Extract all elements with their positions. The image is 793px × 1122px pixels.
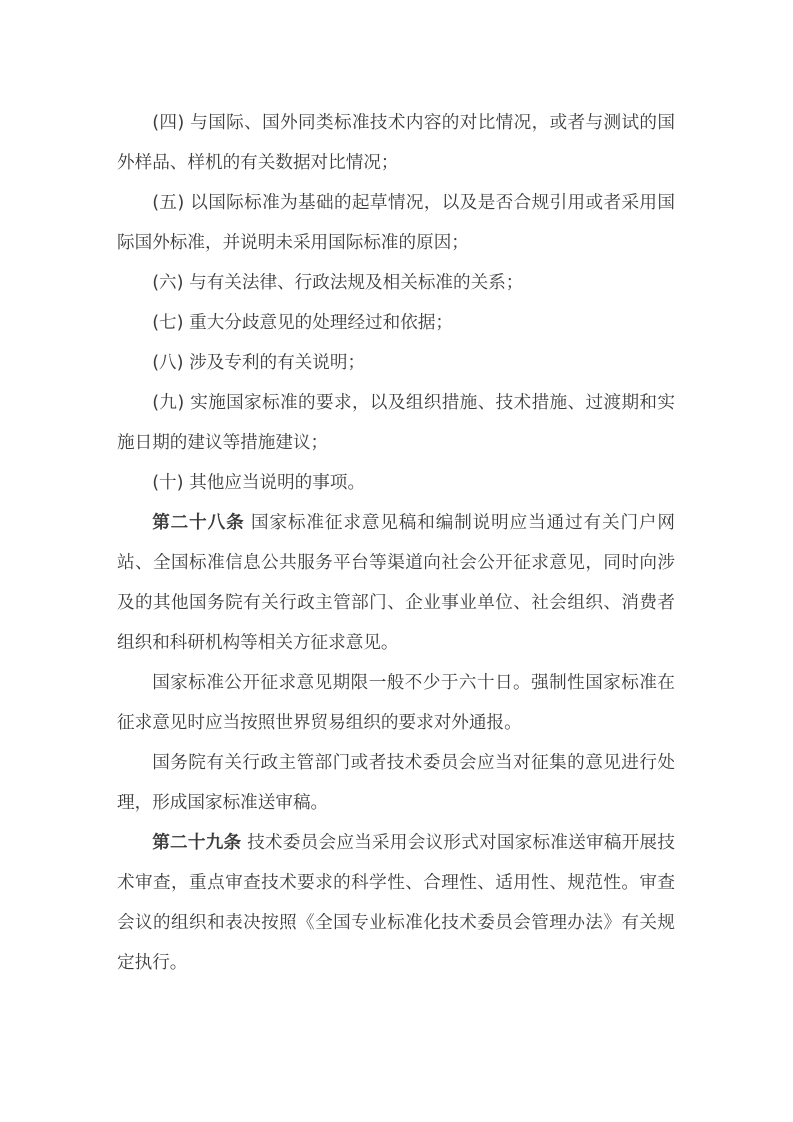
article-paragraph: 第二十九条 技术委员会应当采用会议形式对国家标准送审稿开展技术审查，重点审查技术… bbox=[117, 823, 675, 983]
article-number: 第二十九条 bbox=[152, 833, 241, 853]
body-paragraph: (八) 涉及专利的有关说明； bbox=[117, 343, 675, 383]
body-paragraph: 国务院有关行政主管部门或者技术委员会应当对征集的意见进行处理，形成国家标准送审稿… bbox=[117, 743, 675, 823]
body-paragraph: (六) 与有关法律、行政法规及相关标准的关系； bbox=[117, 263, 675, 303]
body-paragraph: (四) 与国际、国外同类标准技术内容的对比情况，或者与测试的国外样品、样机的有关… bbox=[117, 103, 675, 183]
article-paragraph: 第二十八条 国家标准征求意见稿和编制说明应当通过有关门户网站、全国标准信息公共服… bbox=[117, 503, 675, 663]
article-number: 第二十八条 bbox=[152, 513, 244, 533]
body-paragraph: (十) 其他应当说明的事项。 bbox=[117, 463, 675, 503]
body-paragraph: (九) 实施国家标准的要求，以及组织措施、技术措施、过渡期和实施日期的建议等措施… bbox=[117, 383, 675, 463]
body-paragraph: 国家标准公开征求意见期限一般不少于六十日。强制性国家标准在征求意见时应当按照世界… bbox=[117, 663, 675, 743]
body-paragraph: (五) 以国际标准为基础的起草情况，以及是否合规引用或者采用国际国外标准，并说明… bbox=[117, 183, 675, 263]
document-body: (四) 与国际、国外同类标准技术内容的对比情况，或者与测试的国外样品、样机的有关… bbox=[117, 103, 675, 983]
body-paragraph: (七) 重大分歧意见的处理经过和依据； bbox=[117, 303, 675, 343]
document-page: (四) 与国际、国外同类标准技术内容的对比情况，或者与测试的国外样品、样机的有关… bbox=[0, 0, 793, 1122]
